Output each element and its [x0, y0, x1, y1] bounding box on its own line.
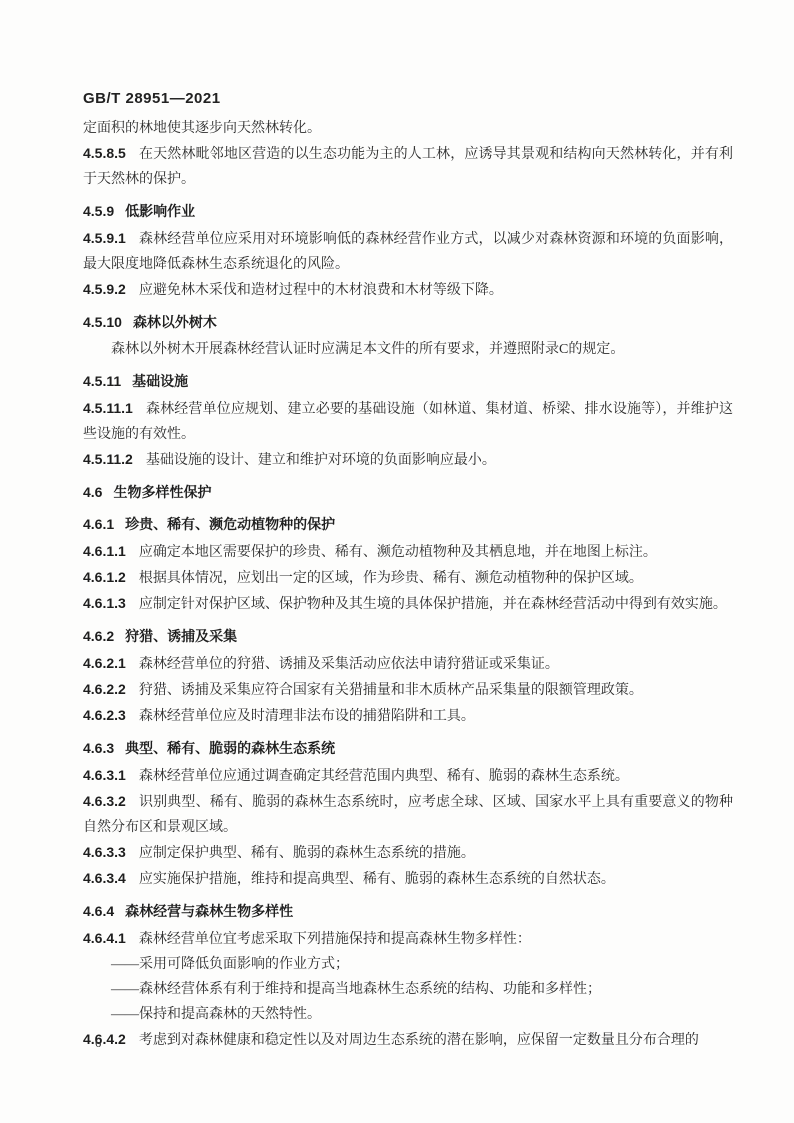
clause-number: 4.6 — [83, 484, 102, 500]
clause-number: 4.6.4.2 — [83, 1031, 126, 1047]
clause-number: 4.6.1.1 — [83, 543, 126, 559]
clause-number: 4.6.2.1 — [83, 655, 126, 671]
section-heading: 4.5.9低影响作业 — [83, 199, 733, 224]
clause-number: 4.6.3 — [83, 740, 114, 756]
clause-text: 森林经营单位宜考虑采取下列措施保持和提高森林生物多样性： — [139, 932, 531, 947]
clause-text: 应避免林木采伐和造材过程中的木材浪费和木材等级下降。 — [139, 283, 503, 298]
section-heading: 4.6生物多样性保护 — [83, 480, 733, 505]
clause-text: 森林以外树木开展森林经营认证时应满足本文件的所有要求，并遵照附录C的规定。 — [111, 342, 624, 357]
clause-text: 森林经营单位应采用对环境影响低的森林经营作业方式，以减少对森林资源和环境的负面影… — [83, 232, 733, 272]
clause-number: 4.5.9.2 — [83, 281, 126, 297]
clause-text: 森林以外树木 — [133, 314, 217, 330]
clause-text: 珍贵、稀有、濒危动植物种的保护 — [125, 516, 335, 532]
list-item: ——保持和提高森林的天然特性。 — [83, 1002, 733, 1027]
standard-number-header: GB/T 28951—2021 — [83, 90, 221, 107]
clause-number: 4.6.3.4 — [83, 870, 126, 886]
clause-number: 4.6.4 — [83, 903, 114, 919]
clause-text: 基础设施的设计、建立和维护对环境的负面影响应最小。 — [146, 453, 496, 468]
section-heading: 4.6.4森林经营与森林生物多样性 — [83, 899, 733, 924]
clause-number: 4.5.8.5 — [83, 145, 126, 161]
clause-text: 生物多样性保护 — [113, 484, 211, 500]
paragraph: 4.5.9.2应避免林木采伐和造材过程中的木材浪费和木材等级下降。 — [83, 277, 733, 303]
clause-text: 狩猎、诱捕及采集 — [125, 628, 237, 644]
clause-text: 考虑到对森林健康和稳定性以及对周边生态系统的潜在影响，应保留一定数量且分布合理的 — [139, 1033, 699, 1048]
paragraph: 4.6.1.3应制定针对保护区域、保护物种及其生境的具体保护措施，并在森林经营活… — [83, 591, 733, 617]
clause-number: 4.5.10 — [83, 314, 122, 330]
clause-number: 4.5.11.2 — [83, 451, 133, 467]
clause-text: ——森林经营体系有利于维持和提高当地森林生态系统的结构、功能和多样性； — [111, 982, 601, 997]
clause-text: 在天然林毗邻地区营造的以生态功能为主的人工林，应诱导其景观和结构向天然林转化，并… — [83, 147, 733, 187]
paragraph: 4.5.9.1森林经营单位应采用对环境影响低的森林经营作业方式，以减少对森林资源… — [83, 226, 733, 277]
clause-text: 森林经营单位应通过调查确定其经营范围内典型、稀有、脆弱的森林生态系统。 — [139, 769, 629, 784]
list-item: ——采用可降低负面影响的作业方式； — [83, 952, 733, 977]
paragraph: 4.6.3.1森林经营单位应通过调查确定其经营范围内典型、稀有、脆弱的森林生态系… — [83, 763, 733, 789]
clause-text: 森林经营单位应及时清理非法布设的捕猎陷阱和工具。 — [139, 709, 475, 724]
clause-number: 4.6.2.2 — [83, 681, 126, 697]
paragraph: 定面积的林地使其逐步向天然林转化。 — [83, 116, 733, 141]
clause-number: 4.6.1.3 — [83, 595, 126, 611]
paragraph: 4.6.3.2识别典型、稀有、脆弱的森林生态系统时，应考虑全球、区域、国家水平上… — [83, 789, 733, 840]
clause-number: 4.6.1.2 — [83, 569, 126, 585]
section-heading: 4.5.11基础设施 — [83, 369, 733, 394]
clause-text: 根据具体情况，应划出一定的区域，作为珍贵、稀有、濒危动植物种的保护区域。 — [139, 571, 643, 586]
paragraph: 森林以外树木开展森林经营认证时应满足本文件的所有要求，并遵照附录C的规定。 — [83, 337, 733, 362]
section-heading: 4.5.10森林以外树木 — [83, 310, 733, 335]
clause-text: 狩猎、诱捕及采集应符合国家有关猎捕量和非木质林产品采集量的限额管理政策。 — [139, 683, 643, 698]
clause-number: 4.6.2.3 — [83, 707, 126, 723]
clause-number: 4.6.1 — [83, 516, 114, 532]
clause-text: 森林经营单位应规划、建立必要的基础设施（如林道、集材道、桥梁、排水设施等），并维… — [83, 402, 733, 442]
clause-text: 应制定保护典型、稀有、脆弱的森林生态系统的措施。 — [139, 846, 475, 861]
section-heading: 4.6.1珍贵、稀有、濒危动植物种的保护 — [83, 512, 733, 537]
paragraph: 4.5.11.1森林经营单位应规划、建立必要的基础设施（如林道、集材道、桥梁、排… — [83, 396, 733, 447]
clause-number: 4.5.9 — [83, 203, 114, 219]
paragraph: 4.6.1.1应确定本地区需要保护的珍贵、稀有、濒危动植物种及其栖息地，并在地图… — [83, 539, 733, 565]
clause-number: 4.5.9.1 — [83, 230, 126, 246]
clause-number: 4.5.11.1 — [83, 400, 133, 416]
paragraph: 4.6.4.1森林经营单位宜考虑采取下列措施保持和提高森林生物多样性： — [83, 926, 733, 952]
document-page: GB/T 28951—2021 定面积的林地使其逐步向天然林转化。4.5.8.5… — [0, 0, 794, 1123]
clause-text: 应实施保护措施，维持和提高典型、稀有、脆弱的森林生态系统的自然状态。 — [139, 872, 615, 887]
clause-number: 4.6.2 — [83, 628, 114, 644]
clause-number: 4.6.3.1 — [83, 767, 126, 783]
clause-number: 4.6.3.2 — [83, 793, 126, 809]
clause-text: 应确定本地区需要保护的珍贵、稀有、濒危动植物种及其栖息地，并在地图上标注。 — [139, 545, 657, 560]
clause-text: 应制定针对保护区域、保护物种及其生境的具体保护措施，并在森林经营活动中得到有效实… — [139, 597, 727, 612]
list-item: ——森林经营体系有利于维持和提高当地森林生态系统的结构、功能和多样性； — [83, 977, 733, 1002]
paragraph: 4.6.2.2狩猎、诱捕及采集应符合国家有关猎捕量和非木质林产品采集量的限额管理… — [83, 677, 733, 703]
clause-text: ——采用可降低负面影响的作业方式； — [111, 957, 349, 972]
section-heading: 4.6.3典型、稀有、脆弱的森林生态系统 — [83, 736, 733, 761]
clause-text: 森林经营单位的狩猎、诱捕及采集活动应依法申请狩猎证或采集证。 — [139, 657, 559, 672]
paragraph: 4.6.4.2考虑到对森林健康和稳定性以及对周边生态系统的潜在影响，应保留一定数… — [83, 1027, 733, 1053]
paragraph: 4.6.3.4应实施保护措施，维持和提高典型、稀有、脆弱的森林生态系统的自然状态… — [83, 866, 733, 892]
clause-text: 典型、稀有、脆弱的森林生态系统 — [125, 740, 335, 756]
clause-text: 基础设施 — [132, 373, 188, 389]
clause-text: 森林经营与森林生物多样性 — [125, 903, 293, 919]
clause-number: 4.6.3.3 — [83, 844, 126, 860]
clause-text: ——保持和提高森林的天然特性。 — [111, 1007, 321, 1022]
paragraph: 4.6.3.3应制定保护典型、稀有、脆弱的森林生态系统的措施。 — [83, 840, 733, 866]
paragraph: 4.6.1.2根据具体情况，应划出一定的区域，作为珍贵、稀有、濒危动植物种的保护… — [83, 565, 733, 591]
section-heading: 4.6.2狩猎、诱捕及采集 — [83, 624, 733, 649]
paragraph: 4.6.2.3森林经营单位应及时清理非法布设的捕猎陷阱和工具。 — [83, 703, 733, 729]
paragraph: 4.6.2.1森林经营单位的狩猎、诱捕及采集活动应依法申请狩猎证或采集证。 — [83, 651, 733, 677]
paragraph: 4.5.8.5在天然林毗邻地区营造的以生态功能为主的人工林，应诱导其景观和结构向… — [83, 141, 733, 192]
paragraph: 4.5.11.2基础设施的设计、建立和维护对环境的负面影响应最小。 — [83, 447, 733, 473]
clause-number: 4.6.4.1 — [83, 930, 126, 946]
clause-number: 4.5.11 — [83, 373, 121, 389]
document-body: 定面积的林地使其逐步向天然林转化。4.5.8.5在天然林毗邻地区营造的以生态功能… — [83, 116, 733, 1053]
page-number: 6 — [95, 1036, 101, 1051]
clause-text: 识别典型、稀有、脆弱的森林生态系统时，应考虑全球、区域、国家水平上具有重要意义的… — [83, 795, 733, 835]
clause-text: 低影响作业 — [125, 203, 195, 219]
clause-text: 定面积的林地使其逐步向天然林转化。 — [83, 121, 321, 136]
